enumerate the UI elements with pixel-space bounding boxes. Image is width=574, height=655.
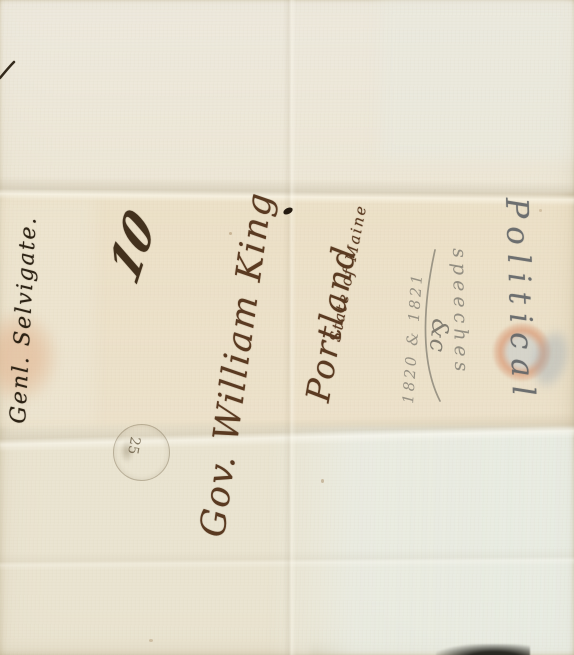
foxing-speck xyxy=(539,209,542,212)
pencil-annotation-speeches: speeches xyxy=(448,248,472,377)
paper-panel-middle xyxy=(0,196,574,428)
pencil-annotation-etc: &c xyxy=(424,317,453,353)
paper-panel-bottom-right xyxy=(268,428,574,655)
pencil-annotation-political: Political xyxy=(498,197,541,405)
stray-marks-overlay xyxy=(0,0,574,655)
edge-ink-stroke xyxy=(0,62,14,78)
paper-panel-top-right xyxy=(380,0,574,160)
postmark-stamp: 25 xyxy=(113,424,170,481)
fold-crease-lower xyxy=(0,412,574,452)
paper-panel-top xyxy=(0,0,574,194)
foxing-speck xyxy=(229,232,232,235)
fold-crease-vertical xyxy=(283,0,296,655)
pencil-annotation-dates: 1820 & 1821 xyxy=(399,271,426,404)
postal-rate-mark: 10 xyxy=(101,198,164,294)
fold-crease-upper xyxy=(0,176,574,206)
postmark-day-number: 25 xyxy=(124,435,143,455)
foxing-speck xyxy=(149,639,153,642)
fold-crease-faint xyxy=(0,547,574,570)
recipient-handwriting: Gov. William King xyxy=(193,189,281,540)
bottom-edge-ink-smudge xyxy=(436,644,530,655)
ink-blot xyxy=(282,206,294,216)
paper-texture xyxy=(0,0,574,655)
foxing-speck xyxy=(321,479,324,483)
letter-cover-scan: Gov. William King Portland State of Main… xyxy=(0,0,574,655)
